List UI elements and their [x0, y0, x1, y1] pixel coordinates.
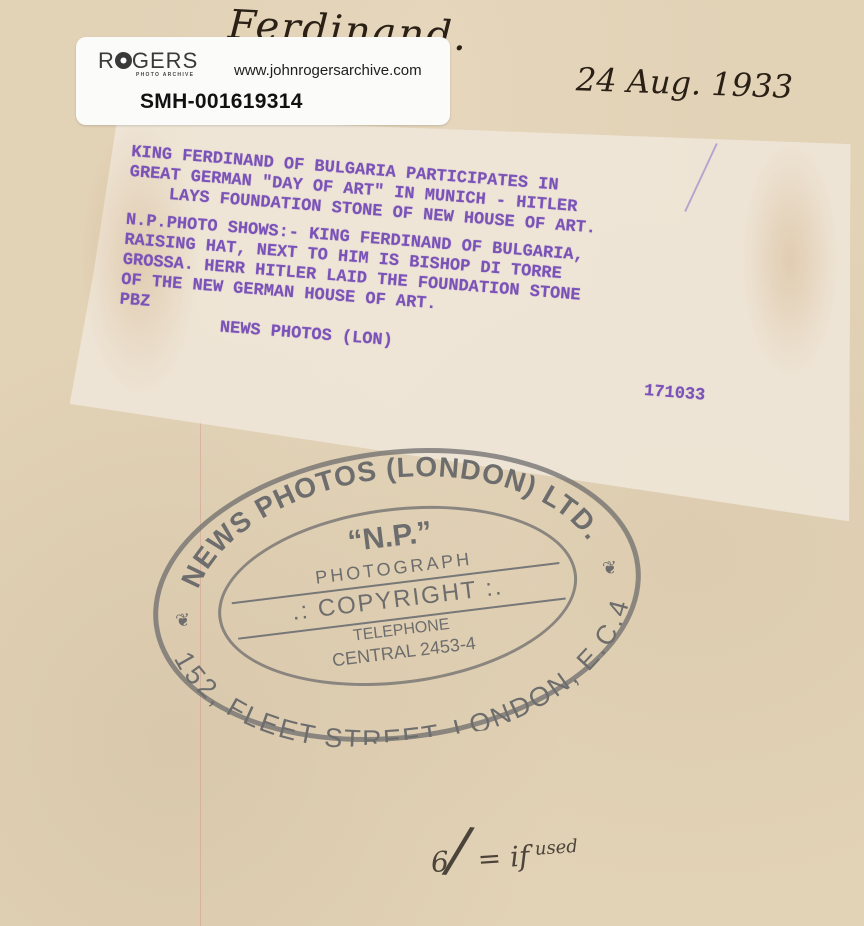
- copyright-stamp: NEWS PHOTOS (LONDON) LTD. 152, FLEET STR…: [136, 421, 658, 769]
- logo-subtitle: PHOTO ARCHIVE: [136, 72, 198, 78]
- archive-id: SMH-001619314: [140, 90, 303, 114]
- logo-letters-gers: GERS: [132, 48, 198, 73]
- logo-letter-r: R: [98, 48, 115, 73]
- handwritten-price-note: 6/ = ifused: [428, 807, 580, 887]
- camera-aperture-icon: [115, 52, 132, 69]
- archive-url: www.johnrogersarchive.com: [234, 62, 422, 79]
- rogers-logo: RGERS PHOTO ARCHIVE: [98, 48, 198, 78]
- archive-label: RGERS PHOTO ARCHIVE www.johnrogersarchiv…: [76, 37, 450, 125]
- price-used: used: [534, 836, 578, 860]
- price-slash: /: [446, 815, 471, 886]
- handwritten-date: 24 Aug. 1933: [575, 60, 793, 106]
- price-equals: =: [477, 841, 503, 876]
- price-if: if: [509, 839, 531, 873]
